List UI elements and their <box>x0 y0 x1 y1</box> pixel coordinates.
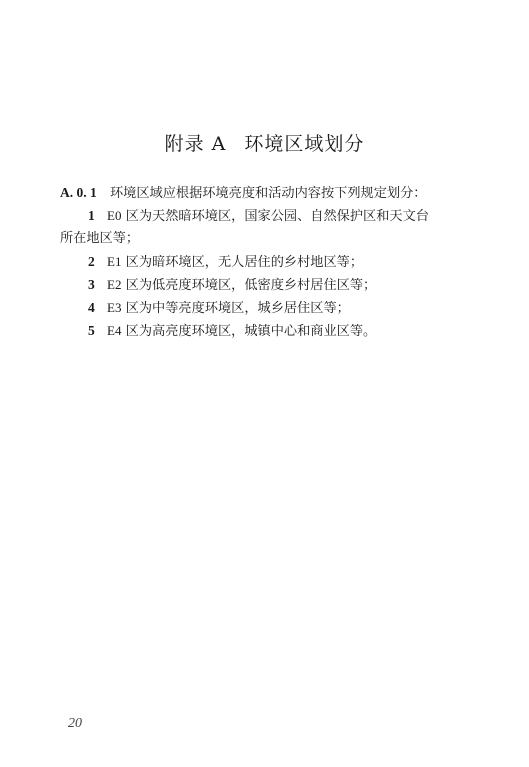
item-text: 区为低亮度环境区，低密度乡村居住区等； <box>121 278 376 293</box>
item-number: 5 <box>88 319 107 342</box>
item-number: 4 <box>88 296 107 319</box>
document-body: A. 0. 1环境区域应根据环境亮度和活动内容按下列规定划分： 1E0 区为天然… <box>60 181 452 342</box>
item-text: 区为中等亮度环境区，城乡居住区等； <box>121 301 349 316</box>
appendix-heading: 环境区域划分 <box>244 133 364 155</box>
document-page: 附录 A环境区域划分 A. 0. 1环境区域应根据环境亮度和活动内容按下列规定划… <box>0 0 529 767</box>
appendix-title: 附录 A环境区域划分 <box>0 131 529 157</box>
list-item-2: 2E1 区为暗环境区，无人居住的乡村地区等； <box>60 250 452 273</box>
list-item-5: 5E4 区为高亮度环境区，城镇中心和商业区等。 <box>60 319 452 342</box>
appendix-label: 附录 A <box>165 133 227 155</box>
zone-code: E1 <box>107 254 121 269</box>
page-number: 20 <box>68 716 82 732</box>
list-item-1-continuation: 所在地区等； <box>60 227 452 250</box>
list-item-3: 3E2 区为低亮度环境区，低密度乡村居住区等； <box>60 273 452 296</box>
zone-code: E0 <box>107 208 121 223</box>
clause-number: A. 0. 1 <box>60 181 110 204</box>
item-text-continued: 所在地区等； <box>60 231 139 246</box>
clause-text: 环境区域应根据环境亮度和活动内容按下列规定划分： <box>110 186 427 201</box>
list-item-4: 4E3 区为中等亮度环境区，城乡居住区等； <box>60 296 452 319</box>
item-number: 1 <box>88 204 107 227</box>
item-text: 区为天然暗环境区，国家公园、自然保护区和天文台 <box>121 209 429 224</box>
item-text: 区为高亮度环境区，城镇中心和商业区等。 <box>121 324 376 339</box>
zone-code: E4 <box>107 323 121 338</box>
item-number: 2 <box>88 250 107 273</box>
clause-line: A. 0. 1环境区域应根据环境亮度和活动内容按下列规定划分： <box>60 181 452 204</box>
list-item-1: 1E0 区为天然暗环境区，国家公园、自然保护区和天文台 <box>60 204 452 227</box>
zone-code: E3 <box>107 300 121 315</box>
zone-code: E2 <box>107 277 121 292</box>
item-text: 区为暗环境区，无人居住的乡村地区等； <box>121 255 363 270</box>
item-number: 3 <box>88 273 107 296</box>
